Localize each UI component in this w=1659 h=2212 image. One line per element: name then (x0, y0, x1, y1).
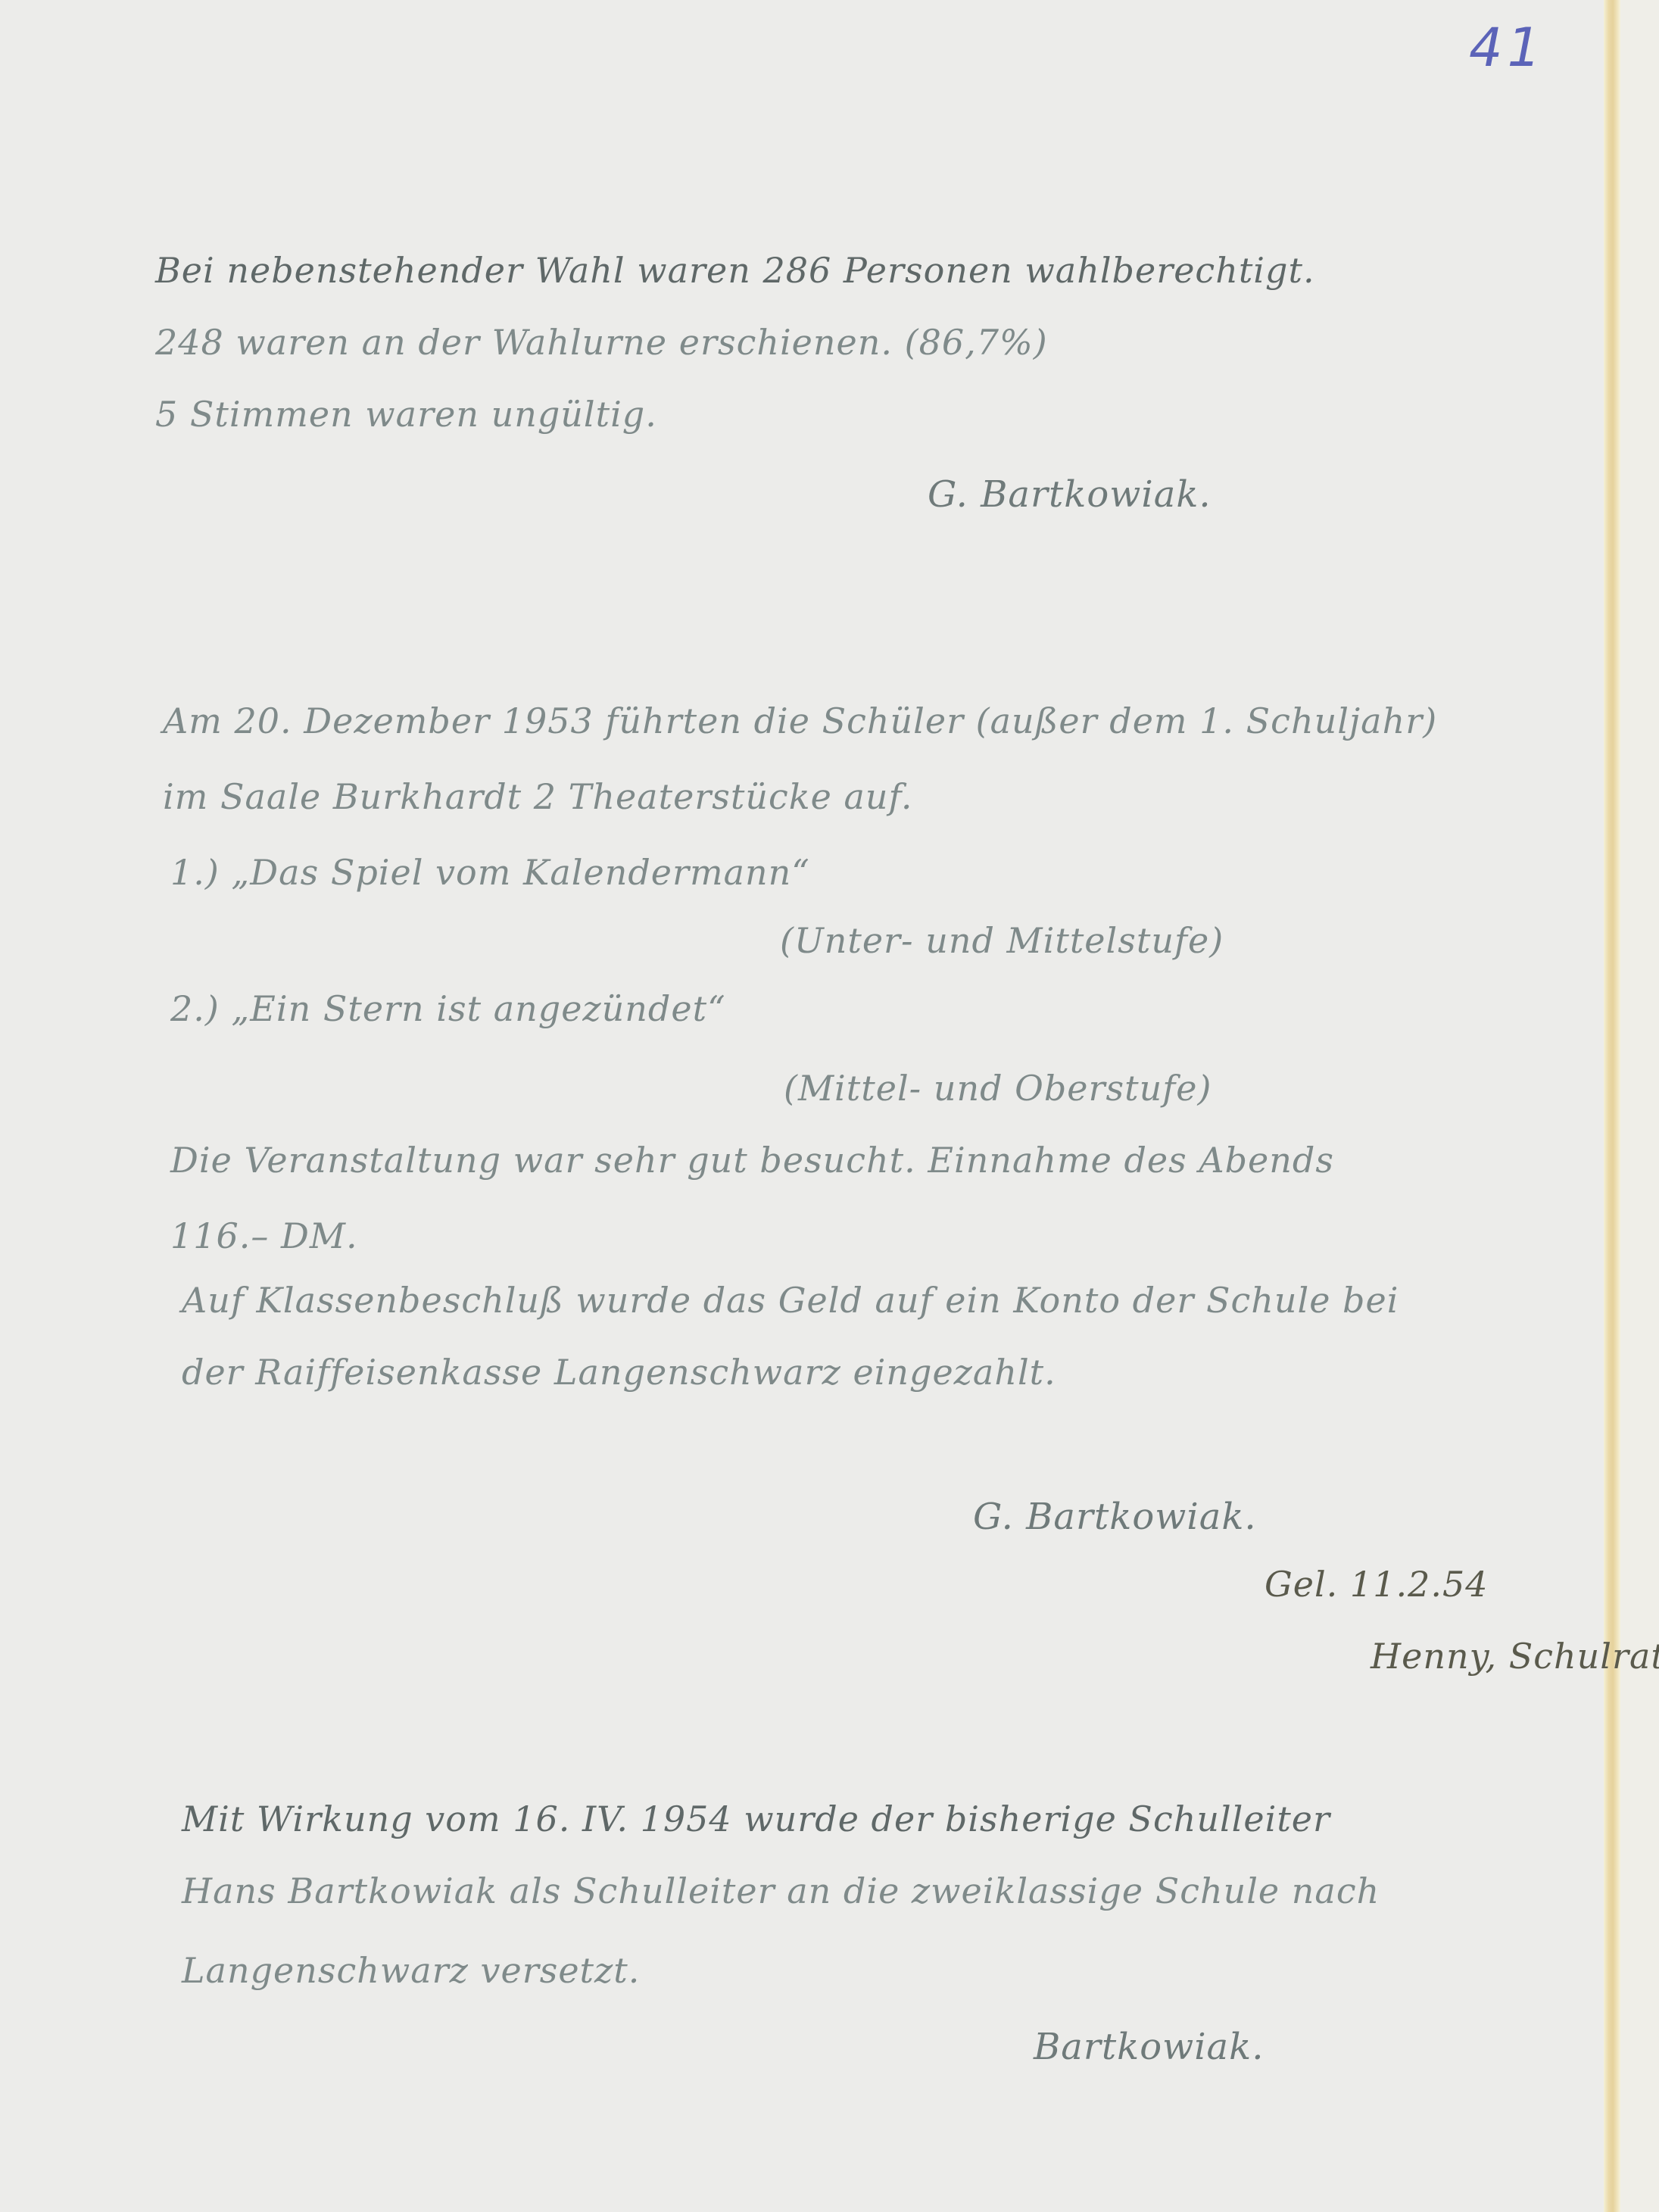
entry2-play-1-level: (Unter- und Mittelstufe) (780, 920, 1224, 961)
entry2-line-7: Die Veranstaltung war sehr gut besucht. … (170, 1140, 1334, 1181)
entry2-line-1: Am 20. Dezember 1953 führten die Schüler… (163, 700, 1437, 741)
entry1-signature: G. Bartkowiak. (928, 473, 1212, 516)
entry3-signature: Bartkowiak. (1034, 2026, 1265, 2068)
page-edge (1604, 0, 1620, 2212)
entry3-line-1: Mit Wirkung vom 16. IV. 1954 wurde der b… (182, 1799, 1330, 1839)
entry1-line-1: Bei nebenstehender Wahl waren 286 Person… (155, 250, 1315, 291)
entry3-line-3: Langenschwarz versetzt. (182, 1950, 640, 1991)
page-margin (1620, 0, 1659, 2212)
entry2-line-9: Auf Klassenbeschluß wurde das Geld auf e… (182, 1280, 1399, 1321)
entry2-line-8: 116.– DM. (170, 1215, 358, 1256)
entry2-play-2-title: 2.) „Ein Stern ist angezündet“ (170, 988, 726, 1029)
entry2-line-2: im Saale Burkhardt 2 Theaterstücke auf. (163, 776, 913, 817)
approval-signature: Henny, Schulrat (1371, 1636, 1659, 1677)
page-number: 41 (1469, 17, 1545, 79)
approval-date: Gel. 11.2.54 (1265, 1564, 1489, 1605)
entry2-play-1-title: 1.) „Das Spiel vom Kalendermann“ (170, 852, 810, 893)
entry2-signature: G. Bartkowiak. (973, 1496, 1257, 1538)
entry1-line-2: 248 waren an der Wahlurne erschienen. (8… (155, 322, 1048, 363)
entry1-line-3: 5 Stimmen waren ungültig. (155, 394, 657, 435)
entry2-play-2-level: (Mittel- und Oberstufe) (784, 1068, 1212, 1109)
entry2-line-10: der Raiffeisenkasse Langenschwarz eingez… (182, 1352, 1056, 1393)
entry3-line-2: Hans Bartkowiak als Schulleiter an die z… (182, 1870, 1380, 1911)
notebook-page: 41 Bei nebenstehender Wahl waren 286 Per… (0, 0, 1659, 2212)
